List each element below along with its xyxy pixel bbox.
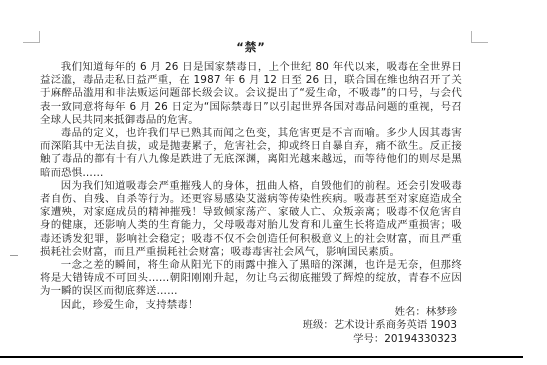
scan-artifact-mark: [10, 255, 18, 256]
crop-mark-top-right: [471, 31, 488, 43]
paragraph-intro-anti-drug-day: 我们知道每年的 6 月 26 日是国家禁毒日，上个世纪 80 年代以来，吸毒在全…: [40, 61, 462, 127]
signature-student-id: 学号：20194330323: [303, 333, 457, 346]
document-body: “禁” 我们知道每年的 6 月 26 日是国家禁毒日，上个世纪 80 年代以来，…: [40, 40, 462, 312]
document-title: “禁”: [40, 40, 462, 54]
page-bottom-edge-line: [0, 356, 523, 358]
paragraph-drug-definition: 毒品的定义，也许我们早已熟其而闻之色变，其危害更是不言而喻。多少人因其毒害而深陷…: [40, 127, 462, 180]
paragraph-drug-harms: 因为我们知道吸毒会严重摧残人的身体，扭曲人格，自毁他们的前程。还会引发吸毒者自伤…: [40, 180, 462, 259]
signature-class: 班级：艺术设计系商务英语 1903: [303, 319, 457, 332]
crop-mark-top-left: [23, 31, 40, 43]
signature-name: 姓名：林梦珍: [303, 306, 457, 319]
signature-block: 姓名：林梦珍 班级：艺术设计系商务英语 1903 学号：20194330323: [303, 306, 457, 346]
paragraph-one-wrong-step: 一念之差的瞬间，将生命从阳光下的雨露中推入了黑暗的深渊，也许是无奈，但那终将是大…: [40, 259, 462, 299]
document-page: “禁” 我们知道每年的 6 月 26 日是国家禁毒日，上个世纪 80 年代以来，…: [0, 0, 547, 365]
